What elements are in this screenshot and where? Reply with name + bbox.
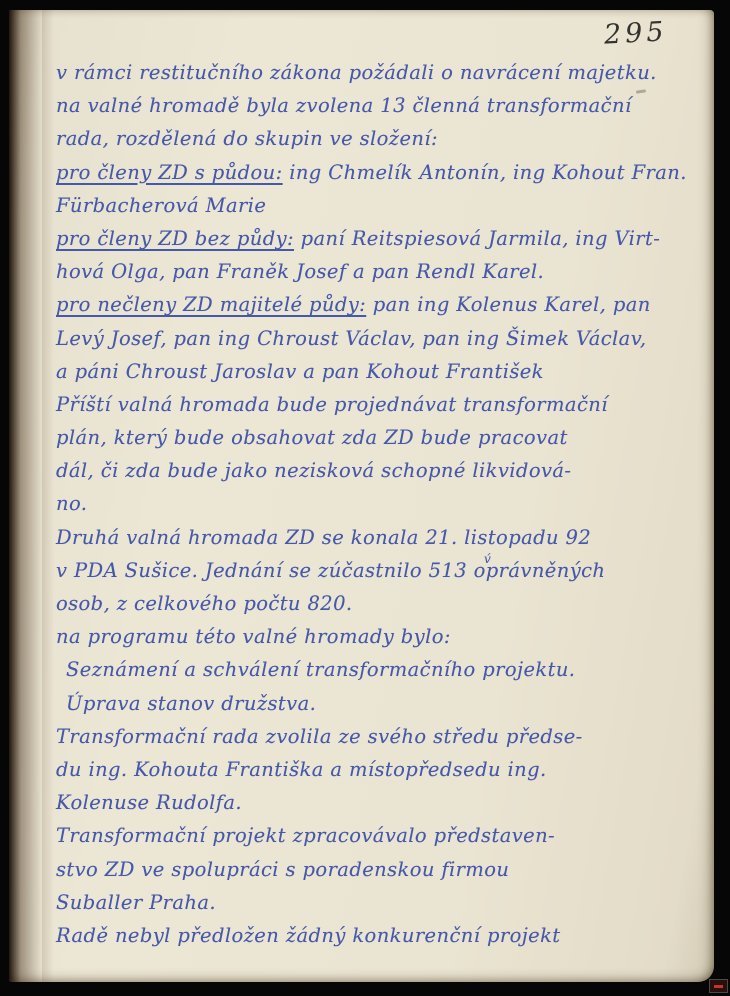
handwritten-line: Seznámení a schválení transformačního pr… [56, 653, 698, 686]
handwritten-line: Fürbacherová Marie [56, 189, 698, 222]
handwritten-line: a páni Chroust Jaroslav a pan Kohout Fra… [56, 355, 698, 388]
underlined-heading: pro členy ZD bez půdy: [56, 227, 294, 250]
handwritten-line: Transformační projekt zpracovávalo předs… [56, 819, 698, 852]
handwritten-line: pro členy ZD bez půdy: paní Reitspiesová… [56, 222, 698, 255]
line-text: v rámci restitučního zákona požádali o n… [56, 61, 657, 84]
line-text: rada, rozdělená do skupin ve složení: [56, 127, 438, 150]
handwritten-line: na programu této valné hromady bylo: [56, 620, 698, 653]
underlined-heading: pro nečleny ZD majitelé půdy: [56, 293, 366, 316]
handwritten-line: pro nečleny ZD majitelé půdy: pan ing Ko… [56, 288, 698, 321]
line-text: Druhá valná hromada ZD se konala 21. lis… [56, 526, 591, 549]
line-text: na valné hromadě byla zvolena 13 členná … [56, 94, 632, 117]
handwritten-line: Úprava stanov družstva. [56, 687, 698, 720]
insertion-mark: v́ [484, 553, 491, 565]
line-text: Transformační projekt zpracovávalo předs… [56, 824, 555, 847]
handwritten-line: Příští valná hromada bude projednávat tr… [56, 388, 698, 421]
page-number: 295 [604, 16, 669, 50]
underlined-heading: pro členy ZD s půdou: [56, 161, 283, 184]
handwritten-line: v PDA Sušice. Jednání se zúčastnilo 513 … [56, 554, 698, 587]
handwritten-line: pro členy ZD s půdou: ing Chmelík Antoní… [56, 156, 698, 189]
line-text: Radě nebyl předložen žádný konkurenční p… [56, 924, 561, 947]
line-text: Levý Josef, pan ing Chroust Václav, pan … [56, 327, 646, 350]
handwritten-line: du ing. Kohouta Františka a místopředsed… [56, 753, 698, 786]
handwritten-line: hová Olga, pan Franěk Josef a pan Rendl … [56, 255, 698, 288]
line-text: ing Chmelík Antonín, ing Kohout Fran. [283, 161, 687, 184]
line-text: paní Reitspiesová Jarmila, ing Virt- [294, 227, 660, 250]
handwritten-line: osob, z celkového počtu 820. [56, 587, 698, 620]
line-text: Příští valná hromada bude projednávat tr… [56, 393, 608, 416]
handwritten-line: Radě nebyl předložen žádný konkurenční p… [56, 919, 698, 952]
handwritten-line: dál, či zda bude jako nezisková schopné … [56, 454, 698, 487]
page-crease [42, 10, 54, 982]
handwritten-line: plán, který bude obsahovat zda ZD bude p… [56, 421, 698, 454]
line-text: no. [56, 492, 87, 515]
line-text: Seznámení a schválení transformačního pr… [66, 658, 575, 681]
line-text: hová Olga, pan Franěk Josef a pan Rendl … [56, 260, 544, 283]
book-gutter-shadow [9, 10, 43, 982]
handwritten-line: v rámci restitučního zákona požádali o n… [56, 56, 698, 89]
scanned-document: 295 v rámci restitučního zákona požádali… [0, 0, 730, 996]
handwritten-line: Levý Josef, pan ing Chroust Václav, pan … [56, 322, 698, 355]
line-text: a páni Chroust Jaroslav a pan Kohout Fra… [56, 360, 544, 383]
line-text: du ing. Kohouta Františka a místopředsed… [56, 758, 547, 781]
corner-watermark-icon [709, 979, 728, 993]
line-text: Fürbacherová Marie [56, 194, 266, 217]
handwriting: v rámci restitučního zákona požádali o n… [56, 56, 698, 952]
handwritten-line: Druhá valná hromada ZD se konala 21. lis… [56, 521, 698, 554]
line-text: na programu této valné hromady bylo: [56, 625, 451, 648]
handwritten-line: Kolenuse Rudolfa. [56, 786, 698, 819]
line-text: dál, či zda bude jako nezisková schopné … [56, 459, 571, 482]
line-text: Úprava stanov družstva. [66, 692, 316, 715]
line-text: v PDA Sušice. Jednání se zúčastnilo 513 … [56, 559, 605, 582]
line-text: plán, který bude obsahovat zda ZD bude p… [56, 426, 568, 449]
handwritten-line: na valné hromadě byla zvolena 13 členná … [56, 89, 698, 122]
handwritten-line: rada, rozdělená do skupin ve složení: [56, 122, 698, 155]
line-text: osob, z celkového počtu 820. [56, 592, 353, 615]
line-text: Transformační rada zvolila ze svého stře… [56, 725, 583, 748]
line-text: stvo ZD ve spolupráci s poradenskou firm… [56, 858, 509, 881]
notebook-page: 295 v rámci restitučního zákona požádali… [9, 10, 714, 982]
handwritten-line: Transformační rada zvolila ze svého stře… [56, 720, 698, 753]
line-text: Kolenuse Rudolfa. [56, 791, 242, 814]
handwritten-line: no. [56, 487, 698, 520]
line-text: pan ing Kolenus Karel, pan [366, 293, 651, 316]
handwritten-line: stvo ZD ve spolupráci s poradenskou firm… [56, 853, 698, 886]
corner-watermark-bar [714, 985, 723, 988]
handwritten-line: Suballer Praha. [56, 886, 698, 919]
line-text: Suballer Praha. [56, 891, 216, 914]
